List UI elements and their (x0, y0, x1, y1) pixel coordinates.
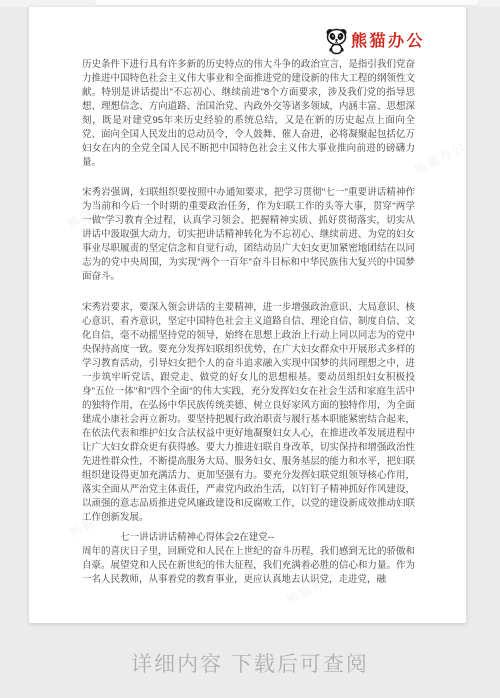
footer-caption: 详细内容 下载后可查阅 (0, 648, 500, 678)
paragraph: 历史条件下进行具有许多新的历史特点的伟大斗争的政治宣言，是指引我们党奋力推进中国… (82, 58, 415, 170)
paragraph: 宋秀岩强调，妇联组织要按照中办通知要求，把学习贯彻"七一"重要讲话精神作为当前和… (82, 186, 415, 284)
paragraph: 宋秀岩要求，要深入领会讲话的主要精神，进一步增强政治意识、大局意识、核心意识、看… (82, 301, 415, 525)
document-body: 历史条件下进行具有许多新的历史特点的伟大斗争的政治宣言，是指引我们党奋力推进中国… (82, 58, 415, 587)
brand-name: 熊猫办公 (351, 34, 425, 50)
document-page: 熊猫办公 熊猫办公 熊猫办公 熊猫办公 熊猫办公 熊猫办公 历史条件下进行具有许… (29, 7, 466, 623)
paragraph-heading: 七一讲话讲话精神心得体会2在建党-- (82, 531, 415, 545)
panda-icon (325, 28, 348, 55)
watermark: 熊猫办公 (411, 137, 468, 178)
previous-page-edge (95, 0, 478, 5)
paragraph: 周年的喜庆日子里，回顾党和人民在上世纪的奋斗历程，我们感到无比的骄傲和自豪。展望… (82, 545, 415, 587)
brand-logo: 熊猫办公 (325, 28, 425, 55)
